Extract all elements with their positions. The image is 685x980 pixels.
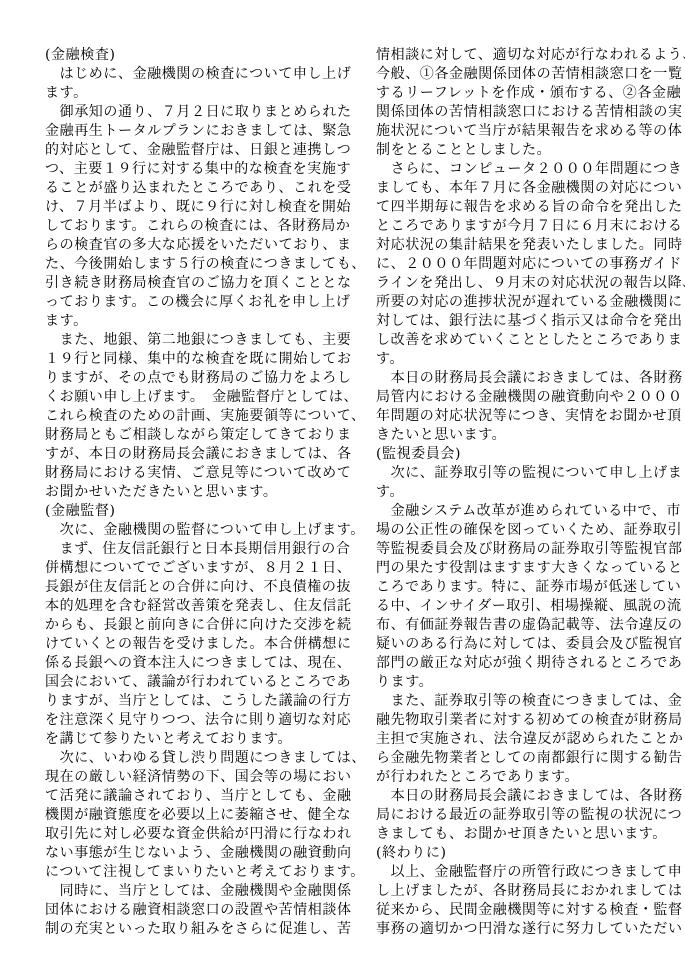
text-line: 御承知の通り、７月２日に取りまとめられた	[45, 103, 355, 122]
text-line: 以上、金融監督庁の所管行政につきまして申	[376, 863, 685, 882]
text-line: ります。	[376, 673, 685, 692]
text-line: (監視委員会)	[376, 445, 685, 464]
text-line: て四半期毎に報告を求める旨の命令を発出した	[376, 198, 685, 217]
text-line: ます。	[45, 312, 355, 331]
text-line: ら金融先物業者としての南都銀行に関する勧告	[376, 749, 685, 768]
text-line: 制の充実といった取り組みをさらに促進し、苦	[45, 920, 355, 939]
text-line: らの検査官の多大な応援をいただいており、ま	[45, 236, 355, 255]
text-line: 関係団体の苦情相談窓口における苦情相談の実	[376, 103, 685, 122]
text-line: 対応状況の集計結果を発表いたしました。同時	[376, 236, 685, 255]
right-column: 情相談に対して、適切な対応が行なわれるよう、今般、①各金融関係団体の苦情相談窓口…	[376, 46, 685, 939]
text-line: 国会において、議論が行われているところであ	[45, 673, 355, 692]
text-line: 本的処理を含む経営改善策を発表し、住友信託	[45, 597, 355, 616]
text-line: さらに、コンピュータ２０００年問題につき	[376, 160, 685, 179]
text-line: し改善を求めていくこととしたところでありま	[376, 331, 685, 350]
text-line: するリーフレットを作成・頒布する、②各金融	[376, 84, 685, 103]
text-line: りますが、その点でも財務局のご協力をよろし	[45, 369, 355, 388]
text-line: (終わりに)	[376, 844, 685, 863]
text-line: 現在の厳しい経済情勢の下、国会等の場におい	[45, 768, 355, 787]
text-line: 年問題の対応状況等につき、実情をお聞かせ頂	[376, 407, 685, 426]
text-line: 引き続き財務局検査官のご協力を頂くこととな	[45, 274, 355, 293]
text-line: また、地銀、第二地銀につきましても、主要	[45, 331, 355, 350]
text-line: 事務の適切かつ円滑な遂行に努力していただい	[376, 920, 685, 939]
text-line: くお願い申し上げます。 金融監督庁としては、	[45, 388, 355, 407]
text-line: 所要の対応の進捗状況が遅れている金融機関に	[376, 293, 685, 312]
text-line: て活発に議論されており、当庁としても、金融	[45, 787, 355, 806]
text-line: 団体における融資相談窓口の設置や苦情相談体	[45, 901, 355, 920]
text-line: 従来から、民間金融機関等に対する検査・監督	[376, 901, 685, 920]
left-column: (金融検査) はじめに、金融機関の検査について申し上げます。 御承知の通り、７月…	[45, 46, 355, 939]
text-line: 今般、①各金融関係団体の苦情相談窓口を一覧	[376, 65, 685, 84]
text-line: 併構想についてでございますが、８月２１日、	[45, 559, 355, 578]
text-line: 係る長銀への資本注入につきましては、現在、	[45, 654, 355, 673]
text-line: これら検査のための計画、実施要領等について、	[45, 407, 355, 426]
text-line: 布、有価証券報告書の虚偽記載等、法令違反の	[376, 616, 685, 635]
text-line: す。	[376, 350, 685, 369]
text-line: ることが盛り込まれたところであり、これを受	[45, 179, 355, 198]
text-line: また、証券取引等の検査につきましては、金	[376, 692, 685, 711]
text-line: し上げましたが、各財務局長におかれましては	[376, 882, 685, 901]
text-line: た、今後開始します５行の検査につきましても、	[45, 255, 355, 274]
text-line: 的対応として、金融監督庁は、日銀と連携しつ	[45, 141, 355, 160]
text-line: １９行と同様、集中的な検査を既に開始してお	[45, 350, 355, 369]
text-line: 局管内における金融機関の融資動向や２０００	[376, 388, 685, 407]
text-line: ましても、本年７月に各金融機関の対応につい	[376, 179, 685, 198]
text-line: 長銀が住友信託との合併に向け、不良債権の抜	[45, 578, 355, 597]
text-line: (金融検査)	[45, 46, 355, 65]
text-line: 局における最近の証券取引等の監視の状況につ	[376, 806, 685, 825]
text-line: りますが、当庁としては、こうした議論の行方	[45, 692, 355, 711]
text-line: (金融監督)	[45, 502, 355, 521]
text-line: 疑いのある行為に対しては、委員会及び監視官	[376, 635, 685, 654]
text-line: 次に、証券取引等の監視について申し上げま	[376, 464, 685, 483]
text-line: について注視してまいりたいと考えております。	[45, 863, 355, 882]
text-line: 対しては、銀行法に基づく指示又は命令を発出	[376, 312, 685, 331]
text-line: ます。	[45, 84, 355, 103]
text-line: 場の公正性の確保を図っていくため、証券取引	[376, 521, 685, 540]
text-line: 門の果たす役割はますます大きくなっていると	[376, 559, 685, 578]
text-line: に、２０００年問題対応についての事務ガイド	[376, 255, 685, 274]
text-line: 取引先に対し必要な資金供給が円滑に行なわれ	[45, 825, 355, 844]
text-line: すが、本日の財務局長会議におきましては、各	[45, 445, 355, 464]
text-line: 金融再生トータルプランにおきましては、緊急	[45, 122, 355, 141]
text-line: きたいと思います。	[376, 426, 685, 445]
text-line: ない事態が生じないよう、金融機関の融資動向	[45, 844, 355, 863]
text-line: けていくとの報告を受けました。本合併構想に	[45, 635, 355, 654]
text-line: 制をとることとしました。	[376, 141, 685, 160]
text-line: ところでありますが今月７日に６月末における	[376, 217, 685, 236]
text-line: 財務局における実情、ご意見等について改めて	[45, 464, 355, 483]
text-line: まず、住友信託銀行と日本長期信用銀行の合	[45, 540, 355, 559]
text-line: からも、長銀と前向きに合併に向けた交渉を続	[45, 616, 355, 635]
text-line: 主担で実施され、法令違反が認められたことか	[376, 730, 685, 749]
text-line: 等監視委員会及び財務局の証券取引等監視官部	[376, 540, 685, 559]
text-line: 次に、金融機関の監督について申し上げます。	[45, 521, 355, 540]
text-line: 機関が融資態度を必要以上に萎縮させ、健全な	[45, 806, 355, 825]
text-line: っております。この機会に厚くお礼を申し上げ	[45, 293, 355, 312]
text-line: 施状況について当庁が結果報告を求める等の体	[376, 122, 685, 141]
text-line: 同時に、当庁としては、金融機関や金融関係	[45, 882, 355, 901]
text-line: つ、主要１９行に対する集中的な検査を実施す	[45, 160, 355, 179]
text-line: を講じて参りたいと考えております。	[45, 730, 355, 749]
text-line: 金融システム改革が進められている中で、市	[376, 502, 685, 521]
text-line: 本日の財務局長会議におきましては、各財務	[376, 369, 685, 388]
text-line: 次に、いわゆる貸し渋り問題につきましては、	[45, 749, 355, 768]
text-line: を注意深く見守りつつ、法令に則り適切な対応	[45, 711, 355, 730]
text-line: はじめに、金融機関の検査について申し上げ	[45, 65, 355, 84]
text-line: 融先物取引業者に対する初めての検査が財務局	[376, 711, 685, 730]
text-line: きましても、お聞かせ頂きたいと思います。	[376, 825, 685, 844]
text-line: 財務局ともご相談しながら策定してきておりま	[45, 426, 355, 445]
text-line: しております。これらの検査には、各財務局か	[45, 217, 355, 236]
document-page: (金融検査) はじめに、金融機関の検査について申し上げます。 御承知の通り、７月…	[0, 0, 685, 980]
text-line: ラインを発出し、９月末の対応状況の報告以降、	[376, 274, 685, 293]
text-line: 部門の厳正な対応が強く期待されるところであ	[376, 654, 685, 673]
text-line: す。	[376, 483, 685, 502]
text-line: が行われたところであります。	[376, 768, 685, 787]
text-line: け、７月半ばより、既に９行に対し検査を開始	[45, 198, 355, 217]
text-line: ころであります。特に、証券市場が低迷してい	[376, 578, 685, 597]
text-line: る中、インサイダー取引、相場操縦、風説の流	[376, 597, 685, 616]
text-line: お聞かせいただきたいと思います。	[45, 483, 355, 502]
text-line: 本日の財務局長会議におきましては、各財務	[376, 787, 685, 806]
text-line: 情相談に対して、適切な対応が行なわれるよう、	[376, 46, 685, 65]
